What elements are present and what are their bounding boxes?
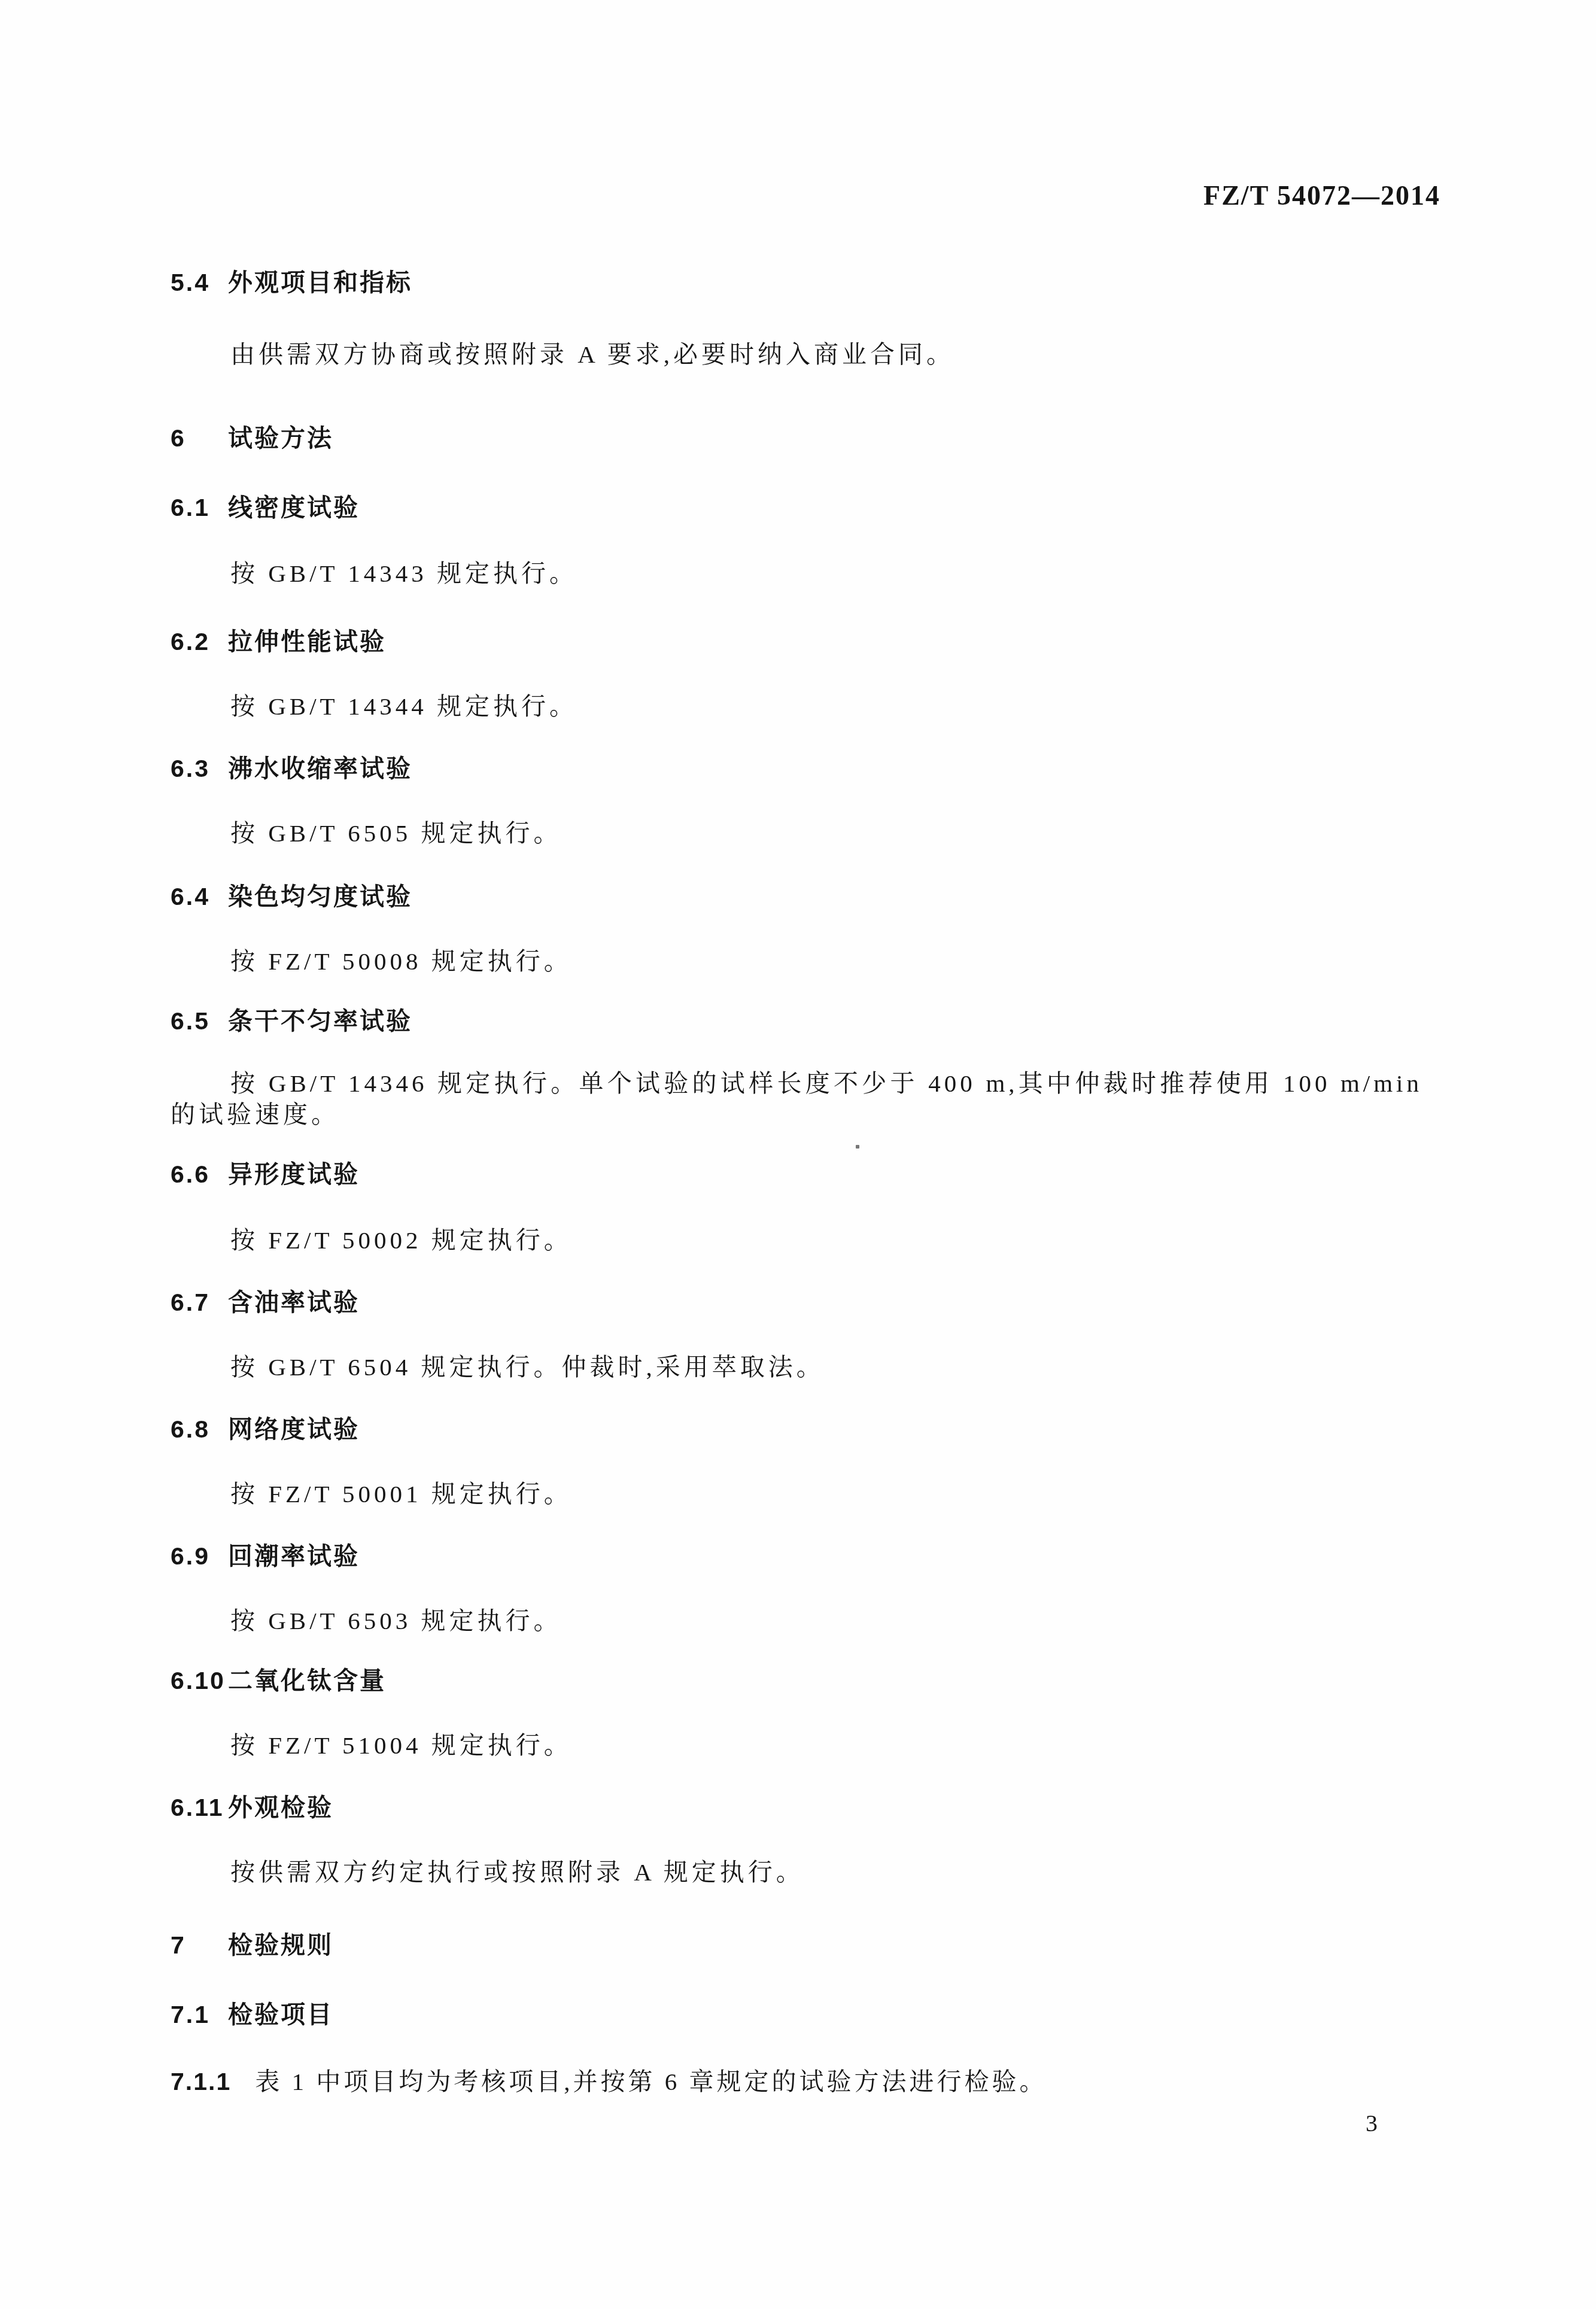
paragraph-6-8: 按 FZ/T 50001 规定执行。 (171, 1478, 1422, 1509)
paragraph-6-4: 按 FZ/T 50008 规定执行。 (171, 946, 1422, 977)
heading-6-8: 6.8 网络度试验 (171, 1414, 1422, 1445)
heading-number: 6.5 (171, 1005, 228, 1037)
heading-title: 外观检验 (228, 1792, 333, 1823)
heading-title: 试验方法 (228, 423, 333, 454)
heading-title: 回潮率试验 (228, 1541, 360, 1572)
heading-6-6: 6.6 异形度试验 (171, 1159, 1422, 1190)
heading-7-1: 7.1 检验项目 (171, 1999, 1422, 2030)
heading-title: 检验规则 (228, 1930, 333, 1961)
paragraph-6-2: 按 GB/T 14344 规定执行。 (171, 691, 1422, 722)
paragraph-6-5: 按 GB/T 14346 规定执行。单个试验的试样长度不少于 400 m,其中仲… (171, 1068, 1422, 1130)
paragraph-6-6: 按 FZ/T 50002 规定执行。 (171, 1225, 1422, 1256)
paragraph-6-1: 按 GB/T 14343 规定执行。 (171, 558, 1422, 589)
heading-7: 7 检验规则 (171, 1930, 1422, 1961)
paragraph-6-9: 按 GB/T 6503 规定执行。 (171, 1605, 1422, 1636)
heading-title: 条干不匀率试验 (228, 1005, 412, 1037)
scan-speck (856, 1145, 859, 1149)
paragraph-6-11: 按供需双方约定执行或按照附录 A 规定执行。 (171, 1857, 1422, 1888)
heading-number: 6.11 (171, 1792, 228, 1823)
clause-number: 7.1.1 (171, 2068, 231, 2095)
heading-title: 网络度试验 (228, 1414, 360, 1445)
heading-6-9: 6.9 回潮率试验 (171, 1541, 1422, 1572)
heading-number: 5.4 (171, 267, 228, 298)
paragraph-6-3: 按 GB/T 6505 规定执行。 (171, 818, 1422, 849)
heading-5-4: 5.4 外观项目和指标 (171, 267, 1422, 298)
heading-6-3: 6.3 沸水收缩率试验 (171, 753, 1422, 784)
heading-title: 沸水收缩率试验 (228, 753, 412, 784)
clause-text: 表 1 中项目均为考核项目,并按第 6 章规定的试验方法进行检验。 (255, 2068, 1047, 2095)
heading-number: 6.10 (171, 1665, 228, 1696)
heading-6: 6 试验方法 (171, 423, 1422, 454)
heading-title: 二氧化钛含量 (228, 1665, 386, 1696)
heading-title: 线密度试验 (228, 492, 360, 523)
heading-title: 检验项目 (228, 1999, 333, 2030)
heading-6-2: 6.2 拉伸性能试验 (171, 626, 1422, 657)
heading-number: 6.2 (171, 626, 228, 657)
heading-number: 6.8 (171, 1414, 228, 1445)
heading-number: 6 (171, 423, 228, 454)
clause-7-1-1: 7.1.1表 1 中项目均为考核项目,并按第 6 章规定的试验方法进行检验。 (171, 2066, 1422, 2097)
paragraph-5-4: 由供需双方协商或按照附录 A 要求,必要时纳入商业合同。 (171, 339, 1422, 370)
heading-number: 7.1 (171, 1999, 228, 2030)
heading-6-4: 6.4 染色均匀度试验 (171, 881, 1422, 912)
paragraph-6-10: 按 FZ/T 51004 规定执行。 (171, 1730, 1422, 1761)
heading-6-7: 6.7 含油率试验 (171, 1287, 1422, 1318)
document-page: FZ/T 54072—2014 5.4 外观项目和指标 由供需双方协商或按照附录… (0, 0, 1596, 2309)
heading-number: 6.3 (171, 753, 228, 784)
heading-6-11: 6.11 外观检验 (171, 1792, 1422, 1823)
heading-number: 6.7 (171, 1287, 228, 1318)
heading-number: 7 (171, 1930, 228, 1961)
page-number: 3 (1366, 2109, 1378, 2137)
standard-number-header: FZ/T 54072—2014 (1203, 180, 1440, 211)
heading-title: 染色均匀度试验 (228, 881, 412, 912)
heading-number: 6.4 (171, 881, 228, 912)
paragraph-6-7: 按 GB/T 6504 规定执行。仲裁时,采用萃取法。 (171, 1351, 1422, 1383)
heading-number: 6.9 (171, 1541, 228, 1572)
heading-title: 拉伸性能试验 (228, 626, 386, 657)
heading-6-1: 6.1 线密度试验 (171, 492, 1422, 523)
heading-number: 6.6 (171, 1159, 228, 1190)
heading-6-5: 6.5 条干不匀率试验 (171, 1005, 1422, 1037)
heading-6-10: 6.10 二氧化钛含量 (171, 1665, 1422, 1696)
heading-title: 外观项目和指标 (228, 267, 412, 298)
heading-title: 含油率试验 (228, 1287, 360, 1318)
heading-title: 异形度试验 (228, 1159, 360, 1190)
heading-number: 6.1 (171, 492, 228, 523)
